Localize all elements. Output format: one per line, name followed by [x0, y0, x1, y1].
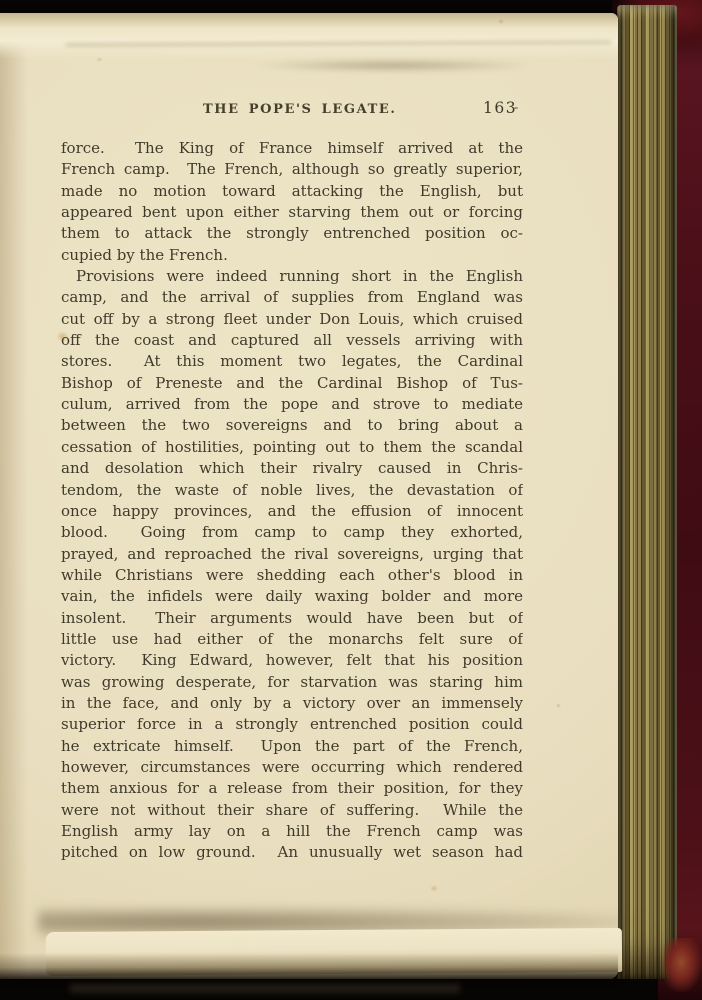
text-line: camp, and the arrival of supplies from E… [61, 287, 523, 308]
text-line: stores. At this moment two legates, the … [61, 351, 523, 372]
running-header: THE POPE'S LEGATE. 163 [62, 101, 523, 121]
text-line: them anxious for a release from their po… [61, 778, 523, 799]
text-line: in the face, and only by a victory over … [61, 693, 523, 714]
shadow-reflection [70, 984, 460, 993]
page-number: 163 [483, 99, 517, 117]
text-line: once happy provinces, and the effusion o… [61, 501, 523, 522]
text-line: made no motion toward attacking the Engl… [61, 181, 523, 202]
text-line: French camp. The French, although so gre… [61, 159, 523, 180]
text-line: between the two sovereigns and to bring … [61, 415, 523, 436]
text-line: them to attack the strongly entrenched p… [61, 223, 523, 244]
text-line: tendom, the waste of noble lives, the de… [61, 480, 523, 501]
text-line: cut off by a strong fleet under Don Loui… [61, 309, 523, 330]
text-line: culum, arrived from the pope and strove … [61, 394, 523, 415]
text-line: however, circumstances were occurring wh… [61, 757, 523, 778]
text-line: while Christians were shedding each othe… [61, 565, 523, 586]
text-line: was growing desperate, for starvation wa… [61, 672, 523, 693]
text-line: blood. Going from camp to camp they exho… [61, 522, 523, 543]
body-text-block: force. The King of France himself arrive… [61, 138, 523, 864]
book-cover-bottom-corner [664, 938, 702, 992]
text-line: appeared bent upon either starving them … [61, 202, 523, 223]
text-line: prayed, and reproached the rival soverei… [61, 544, 523, 565]
text-line: cessation of hostilities, pointing out t… [61, 437, 523, 458]
ink-speck [514, 107, 518, 109]
book-page-edges [617, 5, 677, 979]
text-line: cupied by the French. [61, 245, 523, 266]
text-line: pitched on low ground. An unusually wet … [61, 842, 523, 863]
foxing-spot [430, 885, 438, 892]
text-line: Bishop of Preneste and the Cardinal Bish… [61, 373, 523, 394]
foxing-spot [556, 703, 561, 708]
running-title: THE POPE'S LEGATE. [203, 102, 397, 117]
text-line: he extricate himself. Upon the part of t… [61, 736, 523, 757]
text-line: were not without their share of sufferin… [61, 800, 523, 821]
text-line: force. The King of France himself arrive… [61, 138, 523, 159]
text-line: off the coast and captured all vessels a… [61, 330, 523, 351]
text-line: superior force in a strongly entrenched … [61, 714, 523, 735]
text-line: vain, the infidels were daily waxing bol… [61, 586, 523, 607]
text-line: Provisions were indeed running short in … [61, 266, 523, 287]
text-line: and desolation which their rivalry cause… [61, 458, 523, 479]
book-page: THE POPE'S LEGATE. 163 force. The King o… [0, 13, 618, 979]
text-line: victory. King Edward, however, felt that… [61, 650, 523, 671]
book-scan-photo: THE POPE'S LEGATE. 163 force. The King o… [0, 0, 702, 1000]
text-line: little use had either of the monarchs fe… [61, 629, 523, 650]
bottom-shadow-fade [0, 953, 618, 979]
page-top-edge [0, 13, 618, 59]
text-line: insolent. Their arguments would have bee… [61, 608, 523, 629]
text-line: English army lay on a hill the French ca… [61, 821, 523, 842]
page-curve-shadow [248, 59, 538, 72]
